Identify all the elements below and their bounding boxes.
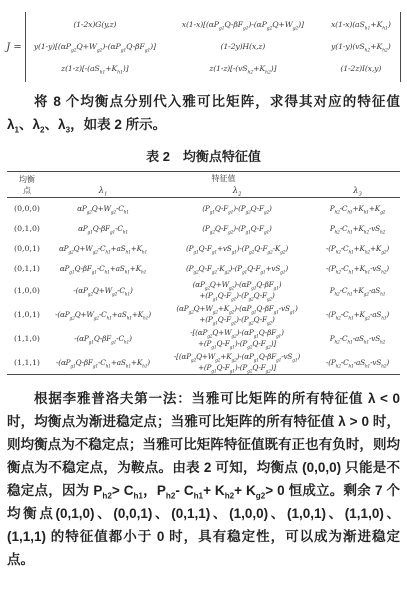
jacobian-matrix-equation: J = (1-2x)G(y,z) x(1-x)[(αPg1Q-βFg1)-(αP…	[7, 10, 400, 84]
equilibrium-point: (1,1,1)	[7, 350, 47, 375]
header-point-line2: 点	[7, 185, 47, 196]
header-lambda3: λ3	[315, 185, 400, 198]
matrix-cell: x(1-x)(aSh1+Kh1)	[322, 14, 400, 36]
lambda1-value: αPg1Q-βFg1-Ch1	[47, 218, 159, 238]
matrix-cell: x(1-x)[(αPg1Q-βFg1)-(αPg2Q+Wg2)]	[164, 14, 322, 36]
matrix-cell: z(1-z)[-(aSh1+Kh1)]	[26, 58, 164, 80]
matrix-cell: (1-2z)I(x,y)	[322, 58, 400, 80]
matrix-cell: y(1-y)[(αPg2Q+Wg2)-(αPg1Q-βFg1)]	[26, 36, 164, 58]
intro-paragraph: 将 8 个均衡点分别代入雅可比矩阵，求得其对应的特征值 λ1、λ2、λ3，如表 …	[7, 90, 400, 136]
lambda2-value: (Pg1Q-Fg1+vSg1)-(Pg2Q-Fg2-Kg2)	[159, 238, 315, 258]
matrix-grid: (1-2x)G(y,z) x(1-x)[(αPg1Q-βFg1)-(αPg2Q+…	[26, 14, 400, 80]
table-row: (1,0,1) -(αPg2Q+Wg2-Ch1+aSh1+Kh1) (αPg2Q…	[7, 302, 400, 326]
header-lambda1: λ1	[47, 185, 159, 198]
matrix-right-bracket	[400, 12, 401, 82]
matrix-cell: z(1-z)[-(vSh2+Kh2)]	[164, 58, 322, 80]
table-header: 均衡 点 特征值 λ1 λ2 λ3	[7, 172, 400, 198]
lambda2-value: (Pg1Q-Fg1)-(Pg2Q-Fg2)	[159, 198, 315, 219]
matrix-cell: (1-2y)H(x,z)	[164, 36, 322, 58]
header-equilibrium-point: 均衡 点	[7, 172, 47, 198]
stability-analysis-paragraph: 根据李雅普洛夫第一法：当雅可比矩阵的所有特征值 λ < 0 时，均衡点为渐进稳定…	[7, 387, 400, 571]
lambda3-value: -(Ph2-Ch1+Kh2+Kg2)	[315, 238, 400, 258]
lambda1-value: αPg1Q-βFg1-Ch1+aSh1+Kh1	[47, 258, 159, 278]
table-row: (1,0,0) -(αPg2Q+Wg2-Ch1) (αPg2Q+Wg2)-(αP…	[7, 278, 400, 302]
lambda2-value: -[(αPg2Q+Wg2)-(αPg1Q-βFg1)+(Pg1Q-Fg1)-(P…	[159, 326, 315, 350]
lambda2-value: (αPg2Q+Wg2+Kg2)-(αPg1Q-βFg1-vSg1)+(Pg1Q-…	[159, 302, 315, 326]
lambda1-value: -(αPg2Q+Wg2-Ch1)	[47, 278, 159, 302]
equilibrium-point: (0,1,1)	[7, 258, 47, 278]
equilibrium-point: (0,0,1)	[7, 238, 47, 258]
table-row: (0,1,1) αPg1Q-βFg1-Ch1+aSh1+Kh1 (Pg2Q-Fg…	[7, 258, 400, 278]
matrix-cell: y(1-y)(vSh2+Kh2)	[322, 36, 400, 58]
matrix-cell: (1-2x)G(y,z)	[26, 14, 164, 36]
table-title: 表 2 均衡点特征值	[7, 146, 400, 165]
equilibrium-point: (1,1,0)	[7, 326, 47, 350]
equation-lhs: J =	[6, 42, 22, 53]
lambda2-value: (Pg2Q-Fg2)-(Pg1Q-Fg1)	[159, 218, 315, 238]
eigenvalue-table: 均衡 点 特征值 λ1 λ2 λ3 (0,0,0) αPg2Q+Wg2-Ch1 …	[7, 171, 400, 375]
lambda1-value: -(αPg2Q+Wg2-Ch1+aSh1+Kh1)	[47, 302, 159, 326]
lambda3-value: Ph2-Ch1+Kh1+Kg2	[315, 198, 400, 219]
lambda3-value: -(Ph2-Ch1+Kg2-aSh1)	[315, 302, 400, 326]
paper-page: J = (1-2x)G(y,z) x(1-x)[(αPg1Q-βFg1)-(αP…	[0, 0, 407, 571]
lambda3-value: Ph2-Ch1+Kh2-vSh2	[315, 218, 400, 238]
header-lambda2: λ2	[159, 185, 315, 198]
lambda1-value: -(αPg1Q-βFg1-Ch1)	[47, 326, 159, 350]
lambda3-value: Ph2-Ch1-aSh1-vSh2	[315, 326, 400, 350]
lambda3-value: -(Ph2-Ch1+Kh1-vSh2)	[315, 258, 400, 278]
header-eigenvalue-group: 特征值	[47, 172, 400, 186]
lambda1-value: -(αPg1Q-βFg1-Ch1+aSh1+Kh1)	[47, 350, 159, 375]
header-point-line1: 均衡	[7, 174, 47, 185]
equilibrium-point: (1,0,1)	[7, 302, 47, 326]
equilibrium-point: (1,0,0)	[7, 278, 47, 302]
table-row: (1,1,0) -(αPg1Q-βFg1-Ch1) -[(αPg2Q+Wg2)-…	[7, 326, 400, 350]
lambda1-value: αPg2Q+Wg2-Ch1+aSh1+Kh1	[47, 238, 159, 258]
lambda2-value: (Pg2Q-Fg2-Kg2)-(Pg1Q-Fg1+vSg1)	[159, 258, 315, 278]
lambda3-value: -(Ph2-Ch1-aSh1-vSh2)	[315, 350, 400, 375]
table-row: (1,1,1) -(αPg1Q-βFg1-Ch1+aSh1+Kh1) -[(αP…	[7, 350, 400, 375]
table-row: (0,1,0) αPg1Q-βFg1-Ch1 (Pg2Q-Fg2)-(Pg1Q-…	[7, 218, 400, 238]
lambda1-value: αPg2Q+Wg2-Ch1	[47, 198, 159, 219]
equilibrium-point: (0,1,0)	[7, 218, 47, 238]
lambda3-value: Ph2-Ch1+Kg2-aSh1	[315, 278, 400, 302]
equilibrium-point: (0,0,0)	[7, 198, 47, 219]
table-row: (0,0,0) αPg2Q+Wg2-Ch1 (Pg1Q-Fg1)-(Pg2Q-F…	[7, 198, 400, 219]
table-row: (0,0,1) αPg2Q+Wg2-Ch1+aSh1+Kh1 (Pg1Q-Fg1…	[7, 238, 400, 258]
lambda2-value: (αPg2Q+Wg2)-(αPg1Q-βFg1)+(Pg1Q-Fg1)-(Pg2…	[159, 278, 315, 302]
lambda2-value: -[(αPg2Q+Wg2+Kg2)-(αPg1Q-βFg1-vSg1)+(Pg1…	[159, 350, 315, 375]
